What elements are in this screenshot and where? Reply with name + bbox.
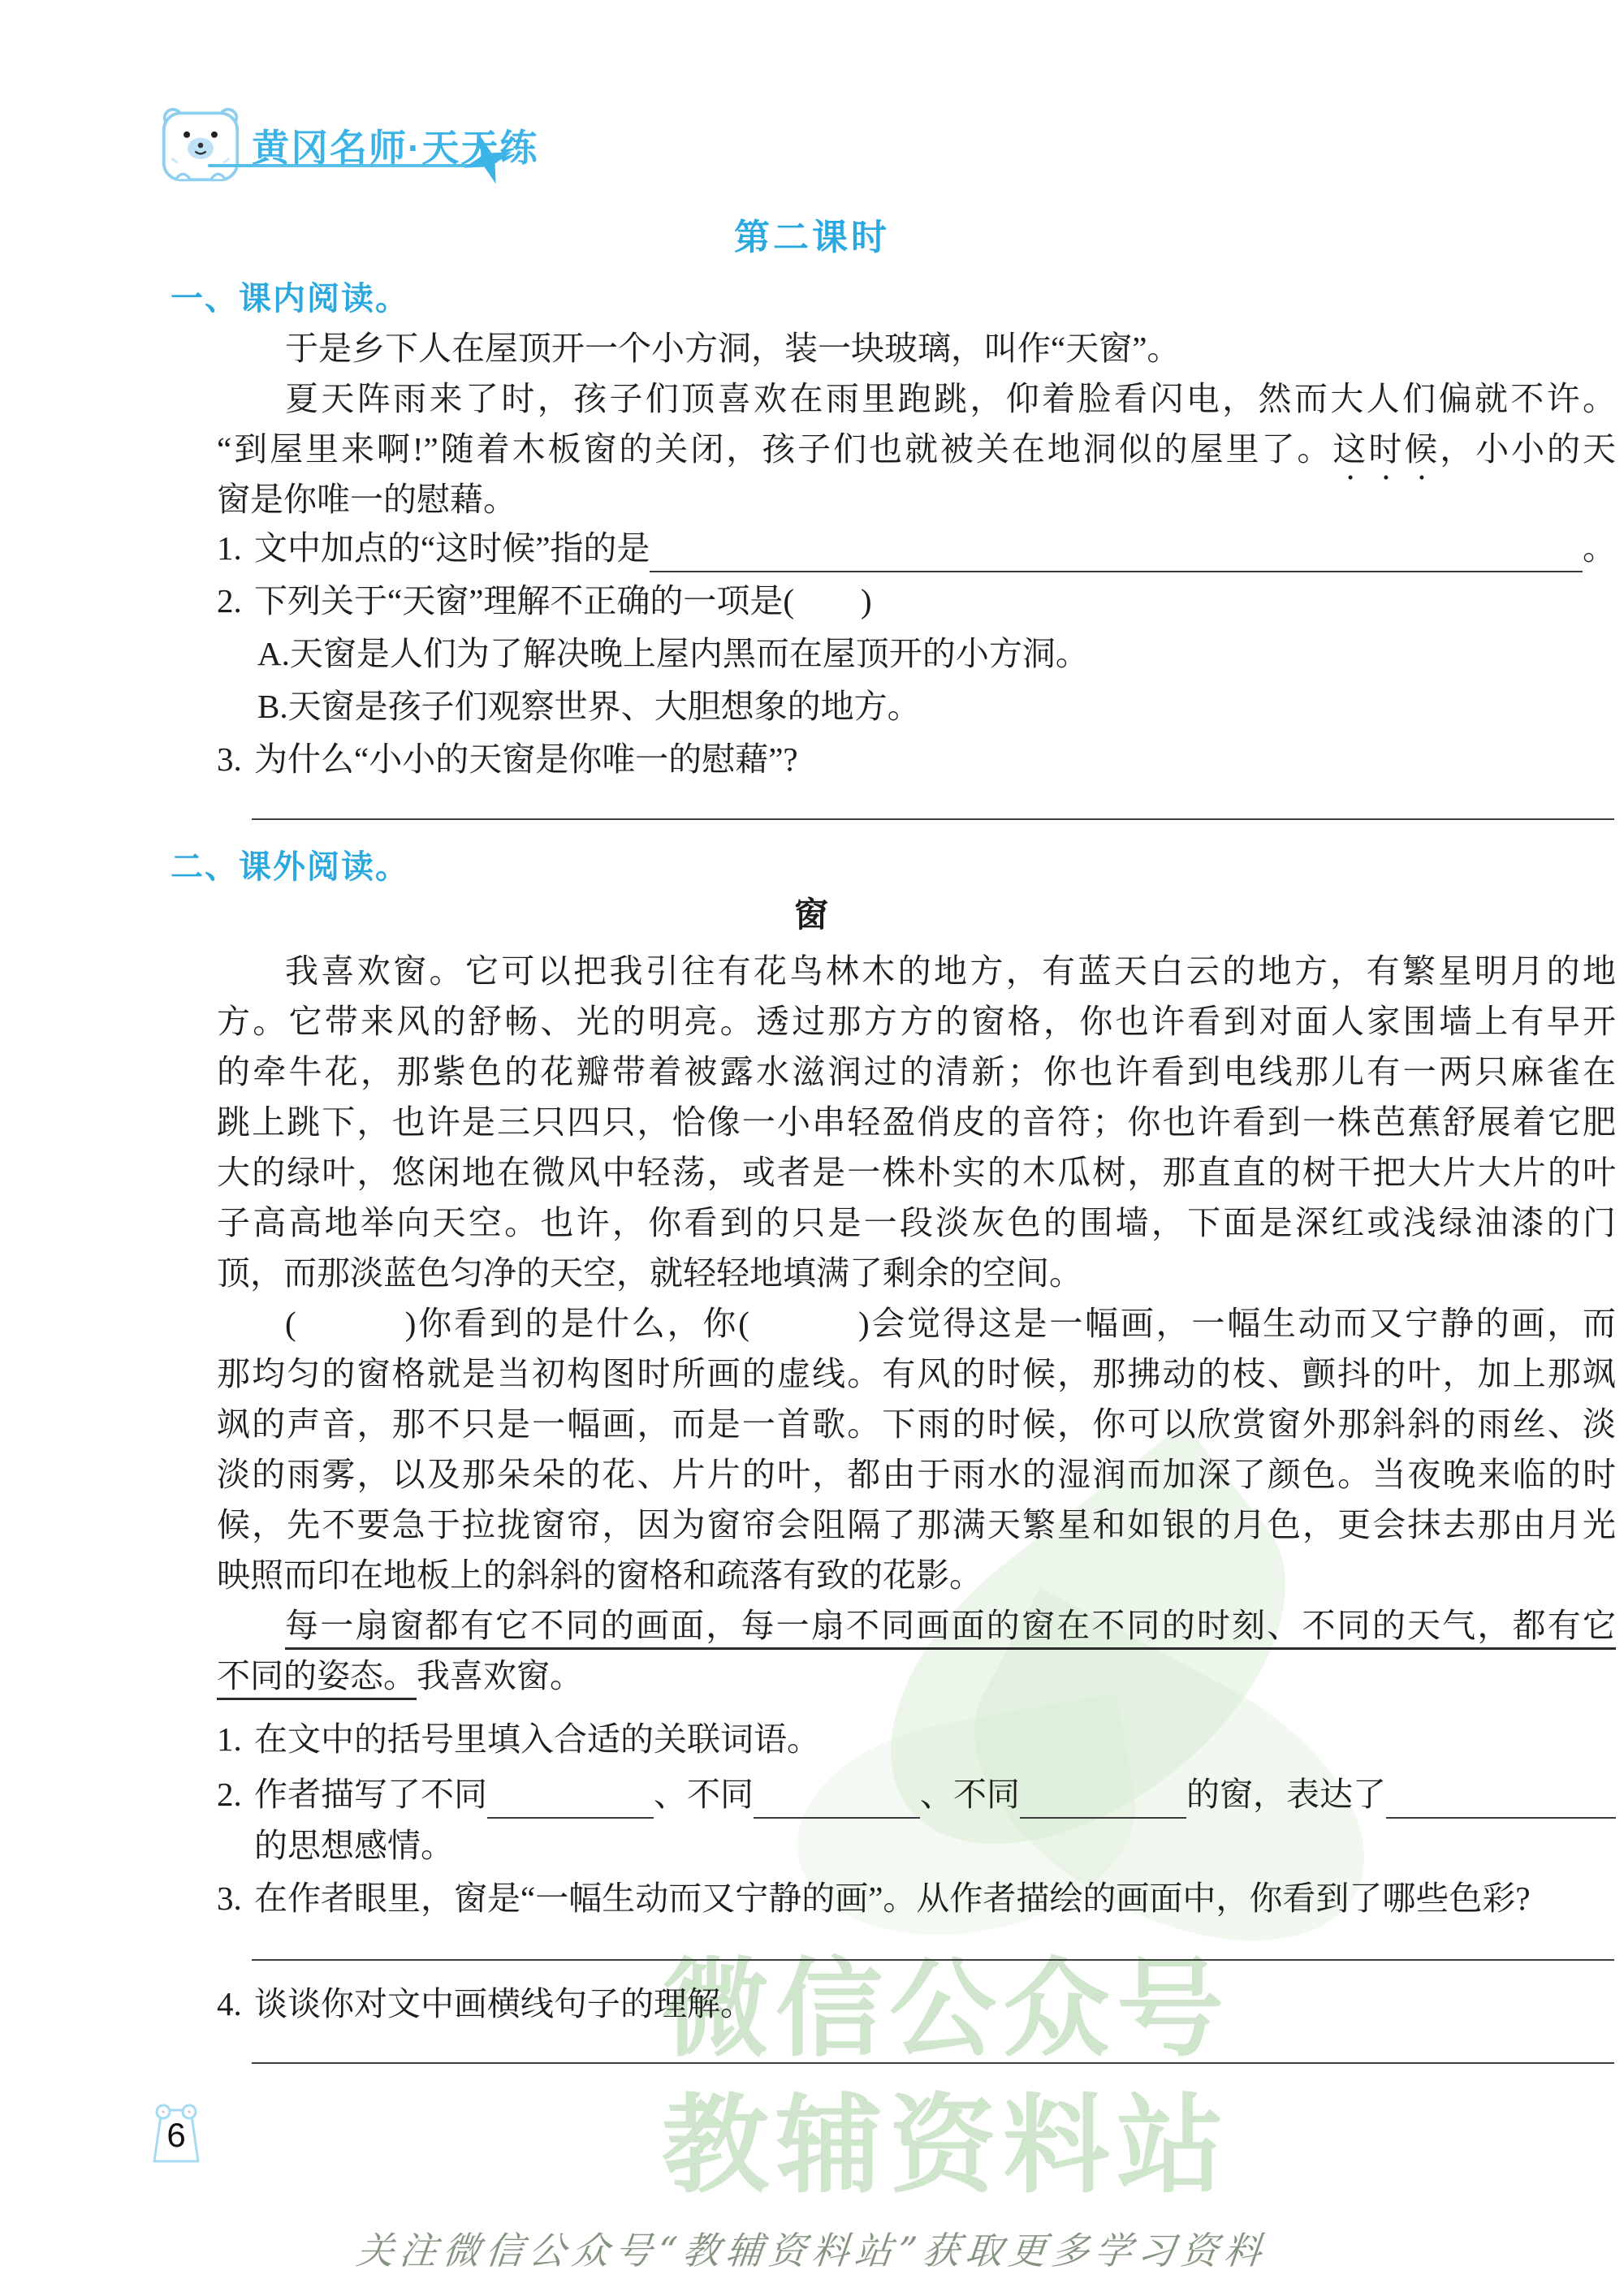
question-number: 3. bbox=[217, 1874, 254, 1923]
question-number: 2. bbox=[217, 576, 254, 625]
passage-line: 跳上跳下，也许是三只四只，恰像一小串轻盈俏皮的音符；你也许看到一株芭蕉舒展着它肥 bbox=[217, 1097, 1616, 1147]
question-text: 谈谈你对文中画横线句子的理解。 bbox=[254, 1979, 754, 2028]
section1-question-1: 1. 文中加点的“这时候”指的是 。 bbox=[217, 524, 1616, 572]
passage-line: 飒的声音，那不只是一幅画，而是一首歌。下雨的时候，你可以欣赏窗外那斜斜的雨丝、淡 bbox=[217, 1399, 1616, 1449]
passage-line-underlined: 每一扇窗都有它不同的画面，每一扇不同画面的窗在不同的时刻、不同的天气，都有它 bbox=[217, 1600, 1616, 1651]
question-text: 在作者眼里，窗是“一幅生动而又宁静的画”。从作者描绘的画面中，你看到了哪些色彩? bbox=[254, 1874, 1531, 1923]
passage-text: ，小小的天 bbox=[1440, 430, 1616, 468]
section1-question-2-option-a: A.天窗是人们为了解决晚上屋内黑而在屋顶开的小方洞。 bbox=[217, 629, 1616, 678]
section2-passage: 我喜欢窗。它可以把我引往有花鸟林木的地方，有蓝天白云的地方，有繁星明月的地 方。… bbox=[217, 946, 1616, 1701]
option-text: A.天窗是人们为了解决晚上屋内黑而在屋顶开的小方洞。 bbox=[257, 629, 1089, 678]
passage-line: 候，先不要急于拉拢窗帘，因为窗帘会阻隔了那满天繁星和如银的月色，更会抹去那由月光 bbox=[217, 1500, 1616, 1550]
footer-watermark-text: 关注微信公众号“教辅资料站”获取更多学习资料 bbox=[0, 2221, 1624, 2275]
section2-question-2-continued: 的思想感情。 bbox=[217, 1821, 1616, 1870]
page-number-badge: 6 bbox=[148, 2103, 205, 2166]
section2-question-1: 1. 在文中的括号里填入合适的关联词语。 bbox=[217, 1715, 1616, 1763]
passage-text: “到屋里来啊!”随着木板窗的关闭，孩子们也就被关在地洞似的屋里了。 bbox=[217, 430, 1332, 468]
question-number: 4. bbox=[217, 1979, 254, 2028]
section1-question-2-option-b: B.天窗是孩子们观察世界、大胆想象的地方。 bbox=[217, 682, 1616, 731]
section2-heading: 二、课外阅读。 bbox=[171, 841, 409, 887]
question-tail: 。 bbox=[1583, 524, 1616, 572]
question-text: 的思想感情。 bbox=[254, 1821, 454, 1870]
lesson-title: 第二课时 bbox=[0, 208, 1624, 260]
question-text: 文中加点的“这时候”指的是 bbox=[254, 524, 650, 572]
answer-blank bbox=[487, 1775, 654, 1819]
question-text: 作者描写了不同 bbox=[254, 1770, 487, 1819]
underlined-sentence: 每一扇窗都有它不同的画面，每一扇不同画面的窗在不同的时刻、不同的天气，都有它 bbox=[285, 1607, 1616, 1644]
question-text: 下列关于“天窗”理解不正确的一项是( ) bbox=[254, 576, 872, 625]
passage-line: 淡的雨雾，以及那朵朵的花、片片的叶，都由于雨水的湿润而加深了颜色。当夜晚来临的时 bbox=[217, 1449, 1616, 1500]
passage-text: 我喜欢窗。 bbox=[417, 1657, 583, 1694]
section1-question-2: 2. 下列关于“天窗”理解不正确的一项是( ) bbox=[217, 576, 1616, 625]
passage-line: 方。它带来风的舒畅、光的明亮。透过那方方的窗格，你也许看到对面人家围墙上有早开 bbox=[217, 996, 1616, 1047]
answer-blank bbox=[1386, 1775, 1616, 1819]
passage-line: 子高高地举向天空。也许，你看到的只是一段淡灰色的围墙，下面是深红或浅绿油漆的门 bbox=[217, 1198, 1616, 1248]
passage-line: 我喜欢窗。它可以把我引往有花鸟林木的地方，有蓝天白云的地方，有繁星明月的地 bbox=[217, 946, 1616, 996]
underlined-sentence: 不同的姿态。 bbox=[217, 1657, 417, 1694]
section1-question-3: 3. 为什么“小小的天窗是你唯一的慰藉”? bbox=[217, 735, 1616, 783]
passage-line: “到屋里来啊!”随着木板窗的关闭，孩子们也就被关在地洞似的屋里了。这时候，小小的… bbox=[217, 424, 1616, 474]
question-number: 1. bbox=[217, 524, 254, 572]
passage-line: 窗是你唯一的慰藉。 bbox=[217, 474, 1616, 524]
answer-blank bbox=[1020, 1775, 1186, 1819]
option-text: B.天窗是孩子们观察世界、大胆想象的地方。 bbox=[257, 682, 921, 731]
four-point-star-icon bbox=[463, 135, 513, 185]
passage-title: 窗 bbox=[0, 888, 1624, 937]
passage-line: 那均匀的窗格就是当初构图时所画的虚线。有风的时候，那拂动的枝、颤抖的叶，加上那飒 bbox=[217, 1349, 1616, 1399]
question-number: 1. bbox=[217, 1715, 254, 1763]
answer-blank bbox=[650, 529, 1583, 572]
passage-line: ( )你看到的是什么，你( )会觉得这是一幅画，一幅生动而又宁静的画，而 bbox=[217, 1298, 1616, 1349]
bear-mascot-icon bbox=[161, 107, 240, 183]
question-text: 、不同 bbox=[654, 1770, 754, 1819]
section1-heading: 一、课内阅读。 bbox=[171, 273, 409, 319]
page-header: 黄冈名师·天天练 bbox=[161, 106, 518, 187]
question-text: 为什么“小小的天窗是你唯一的慰藉”? bbox=[254, 735, 798, 783]
emphasis-dotted-text: 这时候 bbox=[1332, 430, 1440, 468]
passage-line: 顶，而那淡蓝色匀净的天空，就轻轻地填满了剩余的空间。 bbox=[217, 1248, 1616, 1298]
passage-line: 映照而印在地板上的斜斜的窗格和疏落有致的花影。 bbox=[217, 1550, 1616, 1600]
passage-line: 的牵牛花，那紫色的花瓣带着被露水滋润过的清新；你也许看到电线那儿有一两只麻雀在 bbox=[217, 1047, 1616, 1097]
wechat-watermark-line2: 教辅资料站 bbox=[662, 2059, 1230, 2213]
section2-question-4: 4. 谈谈你对文中画横线句子的理解。 bbox=[217, 1979, 1616, 2028]
section2-question-3: 3. 在作者眼里，窗是“一幅生动而又宁静的画”。从作者描绘的画面中，你看到了哪些… bbox=[217, 1874, 1616, 1923]
passage-line: 大的绿叶，悠闲地在微风中轻荡，或者是一株朴实的木瓜树，那直直的树干把大片大片的叶 bbox=[217, 1147, 1616, 1198]
answer-blank bbox=[754, 1775, 920, 1819]
answer-line bbox=[252, 818, 1614, 820]
answer-line bbox=[252, 2062, 1614, 2064]
answer-line bbox=[252, 1959, 1614, 1961]
question-number: 2. bbox=[217, 1770, 254, 1819]
passage-line: 于是乡下人在屋顶开一个小方洞，装一块玻璃，叫作“天窗”。 bbox=[217, 323, 1616, 373]
header-divider-line bbox=[208, 164, 477, 167]
question-number: 3. bbox=[217, 735, 254, 783]
page-number: 6 bbox=[148, 2116, 205, 2155]
worksheet-page: 微信公众号 教辅资料站 关注微信公众号“教辅资料站”获取更多学习资料 黄冈名师·… bbox=[0, 0, 1624, 2279]
section1-passage: 于是乡下人在屋顶开一个小方洞，装一块玻璃，叫作“天窗”。 夏天阵雨来了时，孩子们… bbox=[217, 323, 1616, 524]
question-text: 、不同 bbox=[920, 1770, 1020, 1819]
passage-line: 夏天阵雨来了时，孩子们顶喜欢在雨里跑跳，仰着脸看闪电，然而大人们偏就不许。 bbox=[217, 373, 1616, 424]
section2-question-2: 2. 作者描写了不同 、不同 、不同 的窗，表达了 bbox=[217, 1770, 1616, 1819]
passage-line: 不同的姿态。我喜欢窗。 bbox=[217, 1651, 1616, 1701]
question-text: 的窗，表达了 bbox=[1186, 1770, 1386, 1819]
question-text: 在文中的括号里填入合适的关联词语。 bbox=[254, 1715, 820, 1763]
